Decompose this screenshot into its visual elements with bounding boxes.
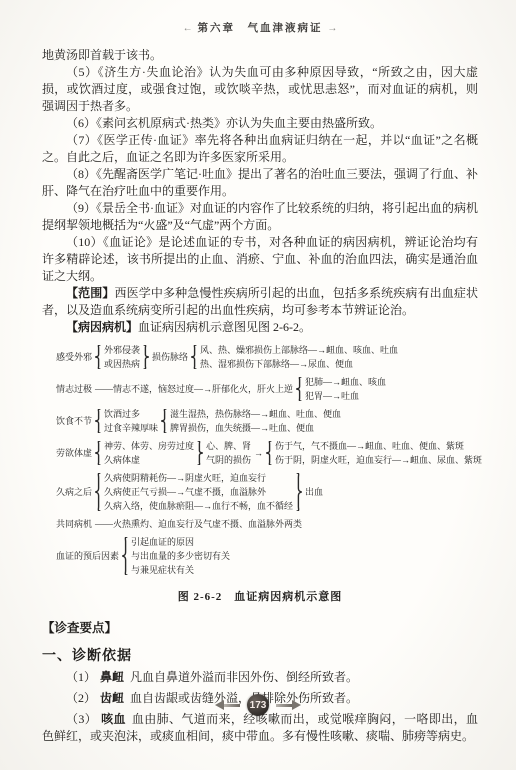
row-label: 劳欲体虚 [56, 447, 92, 459]
organ-label: 心、脾、肾 [206, 440, 251, 452]
diagnosis-item-1: （1）鼻衄凡血自鼻道外溢而非因外伤、倒经所致者。 [42, 669, 478, 686]
item-term: 鼻衄 [96, 670, 130, 684]
brace-left-icon [122, 537, 128, 575]
row-label: 情志过极 [56, 383, 92, 395]
diagram-row-emotion: 情志过极 ——情志不遂，恼怒过度—→肝郁化火，肝火上逆 犯肺—→衄血、咳血 犯胃… [56, 376, 386, 402]
outcome: 脾胃损伤，血失统摄—→吐血、便血 [170, 422, 314, 434]
etiology-label: 【病因病机】 [66, 320, 138, 334]
paragraph-8: （8）《先醒斋医学广笔记·吐血》提出了著名的治吐血三要法，强调了行血、补肝、降气… [42, 166, 478, 200]
prognosis-item: 与出血量的多少密切有关 [131, 550, 230, 562]
diagram-row-common: 共同病机 ——火热熏灼、迫血妄行及气虚不摄、血溢脉外两类 [56, 518, 302, 530]
chain-text: ——情志不遂，恼怒过度—→肝郁化火，肝火上逆 [95, 383, 293, 395]
row-label: 感受外邪 [56, 351, 92, 363]
cause: 神劳、体劳、房劳过度 [104, 440, 194, 452]
item-number: （1） [66, 670, 96, 684]
paragraph-9: （9）《景岳全书·血证》对血证的内容作了比较系统的归纳，将引起出血的病机提纲挈领… [42, 200, 478, 234]
paragraph-7: （7）《医学正传·血证》率先将各种出血病证归纳在一起，并以“血证”之名概之。自此… [42, 132, 478, 166]
outcome: 犯肺—→衄血、咳血 [305, 376, 386, 388]
cause: 久病入络，使血脉瘀阻—→血行不畅，血不循经 [104, 500, 293, 512]
paragraph-10: （10）《血证论》是论述血证的专书，对各种血证的病因病机，辨证论治均有许多精辟论… [42, 234, 478, 285]
paragraph-etiology: 【病因病机】血证病因病机示意图见图 2-6-2。 [42, 319, 478, 336]
paragraph-scope: 【范围】西医学中多种急慢性疾病所引起的出血，包括多系统疾病有出血症状者，以及造血… [42, 285, 478, 319]
diagram-row-chronic: 久病之后 久病使阴精耗伤—→阴虚火旺，迫血妄行 久病使正气亏损—→气虚不摄，血溢… [56, 472, 323, 512]
cause: 久病体虚 [104, 454, 140, 466]
diagram-row-external: 感受外邪 外邪侵袭 或因热病 损伤脉络 风、热、燥邪损伤上部脉络—→衄血、咳血、… [56, 344, 398, 370]
brace-right-icon [296, 473, 302, 511]
running-head: ← 第六章 气血津液病证 → [42, 20, 478, 35]
subsection-heading: 一、诊断依据 [42, 645, 478, 665]
outcome: 伤于阴，阴虚火旺，迫血妄行—→衄血、尿血、紫斑 [275, 454, 482, 466]
brace-left-icon [95, 441, 101, 465]
brace-left-icon [95, 409, 101, 433]
paragraph-5: （5）《济生方·失血论治》认为失血可由多种原因导致，“所致之由，因大虚损，或饮酒… [42, 64, 478, 115]
row-label: 饮食不节 [56, 415, 92, 427]
chapter-title: 第六章 气血津液病证 [198, 22, 323, 34]
arrow-icon: → [254, 447, 263, 459]
page-right-arrow-icon [276, 700, 301, 710]
brace-right-icon [143, 345, 149, 369]
outcome: 犯胃—→吐血 [305, 390, 359, 402]
header-right-arrow-icon: → [327, 23, 337, 34]
row-label: 共同病机 [56, 518, 92, 530]
cause: 过食辛辣厚味 [104, 422, 158, 434]
row-label: 血证的预后因素 [56, 550, 119, 562]
outcome: 伤于气，气不摄血—→衄血、吐血、便血、紫斑 [275, 440, 464, 452]
brace-right-icon [197, 441, 203, 465]
outcome: 风、热、燥邪损伤上部脉络—→衄血、咳血、吐血 [200, 344, 398, 356]
prognosis-item: 与兼见症状有关 [131, 564, 194, 576]
page-number-badge: 173 [247, 694, 269, 716]
row-label: 久病之后 [56, 486, 92, 498]
cause: 饮酒过多 [104, 408, 140, 420]
cause: 久病使阴精耗伤—→阴虚火旺，迫血妄行 [104, 472, 266, 484]
page-footer: 173 [0, 694, 516, 716]
brace-left-icon [161, 409, 167, 433]
brace-left-icon [95, 345, 101, 369]
figure-caption: 图 2-6-2 血证病因病机示意图 [42, 588, 478, 604]
diagram-row-prognosis: 血证的预后因素 引起血证的原因 与出血量的多少密切有关 与兼见症状有关 [56, 536, 230, 576]
diagram-row-diet: 饮食不节 饮酒过多 过食辛辣厚味 滋生湿热，热伤脉络—→衄血、吐血、便血 脾胃损… [56, 408, 341, 434]
brace-left-icon [296, 377, 302, 401]
brace-left-icon [266, 441, 272, 465]
cause: 久病使正气亏损—→气虚不摄，血溢脉外 [104, 486, 266, 498]
section-heading: 【诊查要点】 [42, 618, 478, 636]
common-text: ——火热熏灼、迫血妄行及气虚不摄、血溢脉外两类 [95, 518, 302, 530]
outcome: 滋生湿热，热伤脉络—→衄血、吐血、便血 [170, 408, 341, 420]
cause: 或因热病 [104, 358, 140, 370]
paragraph-continuation: 地黄汤即首载于该书。 [42, 47, 478, 64]
book-page: ← 第六章 气血津液病证 → 地黄汤即首载于该书。 （5）《济生方·失血论治》认… [0, 0, 516, 770]
prognosis-item: 引起血证的原因 [131, 536, 194, 548]
brace-left-icon [95, 473, 101, 511]
scope-label: 【范围】 [66, 286, 114, 300]
item-text: 凡血自鼻道外溢而非因外伤、倒经所致者。 [130, 670, 358, 684]
page-left-arrow-icon [215, 700, 240, 710]
etiology-text: 血证病因病机示意图见图 2-6-2。 [138, 320, 311, 334]
outcome: 热、湿邪损伤下部脉络—→尿血、便血 [200, 358, 353, 370]
diagram-row-overwork: 劳欲体虚 神劳、体劳、房劳过度 久病体虚 心、脾、肾 气阴的损伤 → [56, 440, 482, 466]
etiology-diagram: 感受外邪 外邪侵袭 或因热病 损伤脉络 风、热、燥邪损伤上部脉络—→衄血、咳血、… [56, 344, 478, 576]
header-left-arrow-icon: ← [183, 23, 193, 34]
cause: 外邪侵袭 [104, 344, 140, 356]
organ-label: 气阴的损伤 [206, 454, 251, 466]
paragraph-6: （6）《素问玄机原病式·热类》亦认为失血主要由热盛所致。 [42, 115, 478, 132]
result-label: 出血 [305, 486, 323, 498]
diagnosis-item-3: （3）咳血血由肺、气道而来，经咳嗽而出，或觉喉痒胸闷，一咯即出，血色鲜红，或夹泡… [42, 711, 478, 745]
brace-left-icon [191, 345, 197, 369]
mid-label: 损伤脉络 [152, 351, 188, 363]
